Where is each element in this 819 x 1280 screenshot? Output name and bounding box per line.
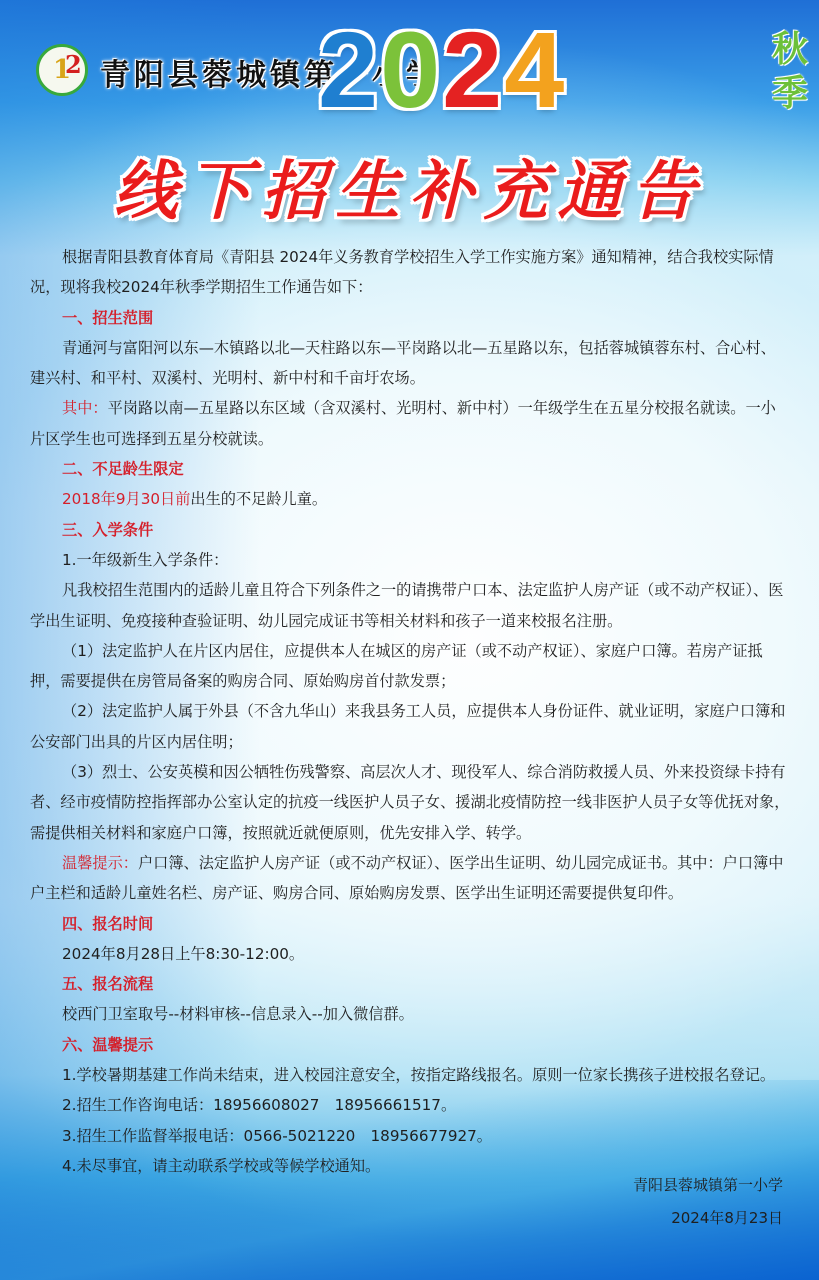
- year-digit: 4: [504, 20, 564, 120]
- conditions-paragraph: 凡我校招生范围内的适龄儿童且符合下列条件之一的请携带户口本、法定监护人房产证（或…: [30, 575, 790, 636]
- tip-label: 温馨提示：: [62, 854, 138, 872]
- underage-date: 2018年9月30日前: [62, 490, 190, 508]
- logo-accent: 2: [65, 53, 82, 77]
- notice-title: 线下招生补充通告: [0, 140, 819, 232]
- school-logo-icon: 12: [36, 44, 88, 96]
- section-heading-process: 五、报名流程: [30, 969, 790, 999]
- notice-body: 根据青阳县教育体育局《青阳县 2024年义务教育学校招生入学工作实施方案》通知精…: [30, 242, 790, 1181]
- underage-paragraph: 2018年9月30日前出生的不足龄儿童。: [30, 484, 790, 514]
- registration-process: 校西门卫室取号--材料审核--信息录入--加入微信群。: [30, 999, 790, 1029]
- section-heading-conditions: 三、入学条件: [30, 515, 790, 545]
- year-digit: 0: [380, 20, 440, 120]
- section-heading-underage: 二、不足龄生限定: [30, 454, 790, 484]
- underage-text: 出生的不足龄儿童。: [190, 490, 327, 508]
- note-label: 其中：: [62, 399, 108, 417]
- tip-item: 1.学校暑期基建工作尚未结束，进入校园注意安全，按指定路线报名。原则一位家长携孩…: [30, 1060, 790, 1090]
- season-char: 秋: [772, 28, 808, 72]
- signature-block: 青阳县蓉城镇第一小学 2024年8月23日: [633, 1169, 783, 1235]
- section-heading-time: 四、报名时间: [30, 909, 790, 939]
- poster-header: 12 青阳县蓉城镇第一小学 2 0 2 4 秋 季: [0, 0, 819, 140]
- tip-text: 户口簿、法定监护人房产证（或不动产权证）、医学出生证明、幼儿园完成证书。其中：户…: [30, 854, 783, 902]
- year-badge: 2 0 2 4: [318, 20, 566, 120]
- conditions-tip: 温馨提示：户口簿、法定监护人房产证（或不动产权证）、医学出生证明、幼儿园完成证书…: [30, 848, 790, 909]
- tip-item-consult-phone: 2.招生工作咨询电话：18956608027 18956661517。: [30, 1090, 790, 1120]
- signature-date: 2024年8月23日: [633, 1202, 783, 1235]
- registration-time: 2024年8月28日上午8:30-12:00。: [30, 939, 790, 969]
- conditions-subheading: 1.一年级新生入学条件：: [30, 545, 790, 575]
- condition-item-3: （3）烈士、公安英模和因公牺牲伤残警察、高层次人才、现役军人、综合消防救援人员、…: [30, 757, 790, 848]
- season-char: 季: [772, 72, 808, 116]
- intro-paragraph: 根据青阳县教育体育局《青阳县 2024年义务教育学校招生入学工作实施方案》通知精…: [30, 242, 790, 303]
- section-heading-scope: 一、招生范围: [30, 303, 790, 333]
- year-digit: 2: [442, 20, 502, 120]
- season-label: 秋 季: [768, 28, 812, 116]
- scope-paragraph: 青通河与富阳河以东—木镇路以北—天柱路以东—平岗路以北—五星路以东，包括蓉城镇蓉…: [30, 333, 790, 394]
- section-heading-tips: 六、温馨提示: [30, 1030, 790, 1060]
- year-digit: 2: [318, 20, 378, 120]
- note-text: 平岗路以南—五星路以东区域（含双溪村、光明村、新中村）一年级学生在五星分校报名就…: [30, 399, 776, 447]
- scope-note: 其中：平岗路以南—五星路以东区域（含双溪村、光明村、新中村）一年级学生在五星分校…: [30, 393, 790, 454]
- condition-item-1: （1）法定监护人在片区内居住，应提供本人在城区的房产证（或不动产权证）、家庭户口…: [30, 636, 790, 697]
- condition-item-2: （2）法定监护人属于外县（不含九华山）来我县务工人员，应提供本人身份证件、就业证…: [30, 696, 790, 757]
- signature-org: 青阳县蓉城镇第一小学: [633, 1169, 783, 1202]
- tip-item-report-phone: 3.招生工作监督举报电话：0566-5021220 18956677927。: [30, 1121, 790, 1151]
